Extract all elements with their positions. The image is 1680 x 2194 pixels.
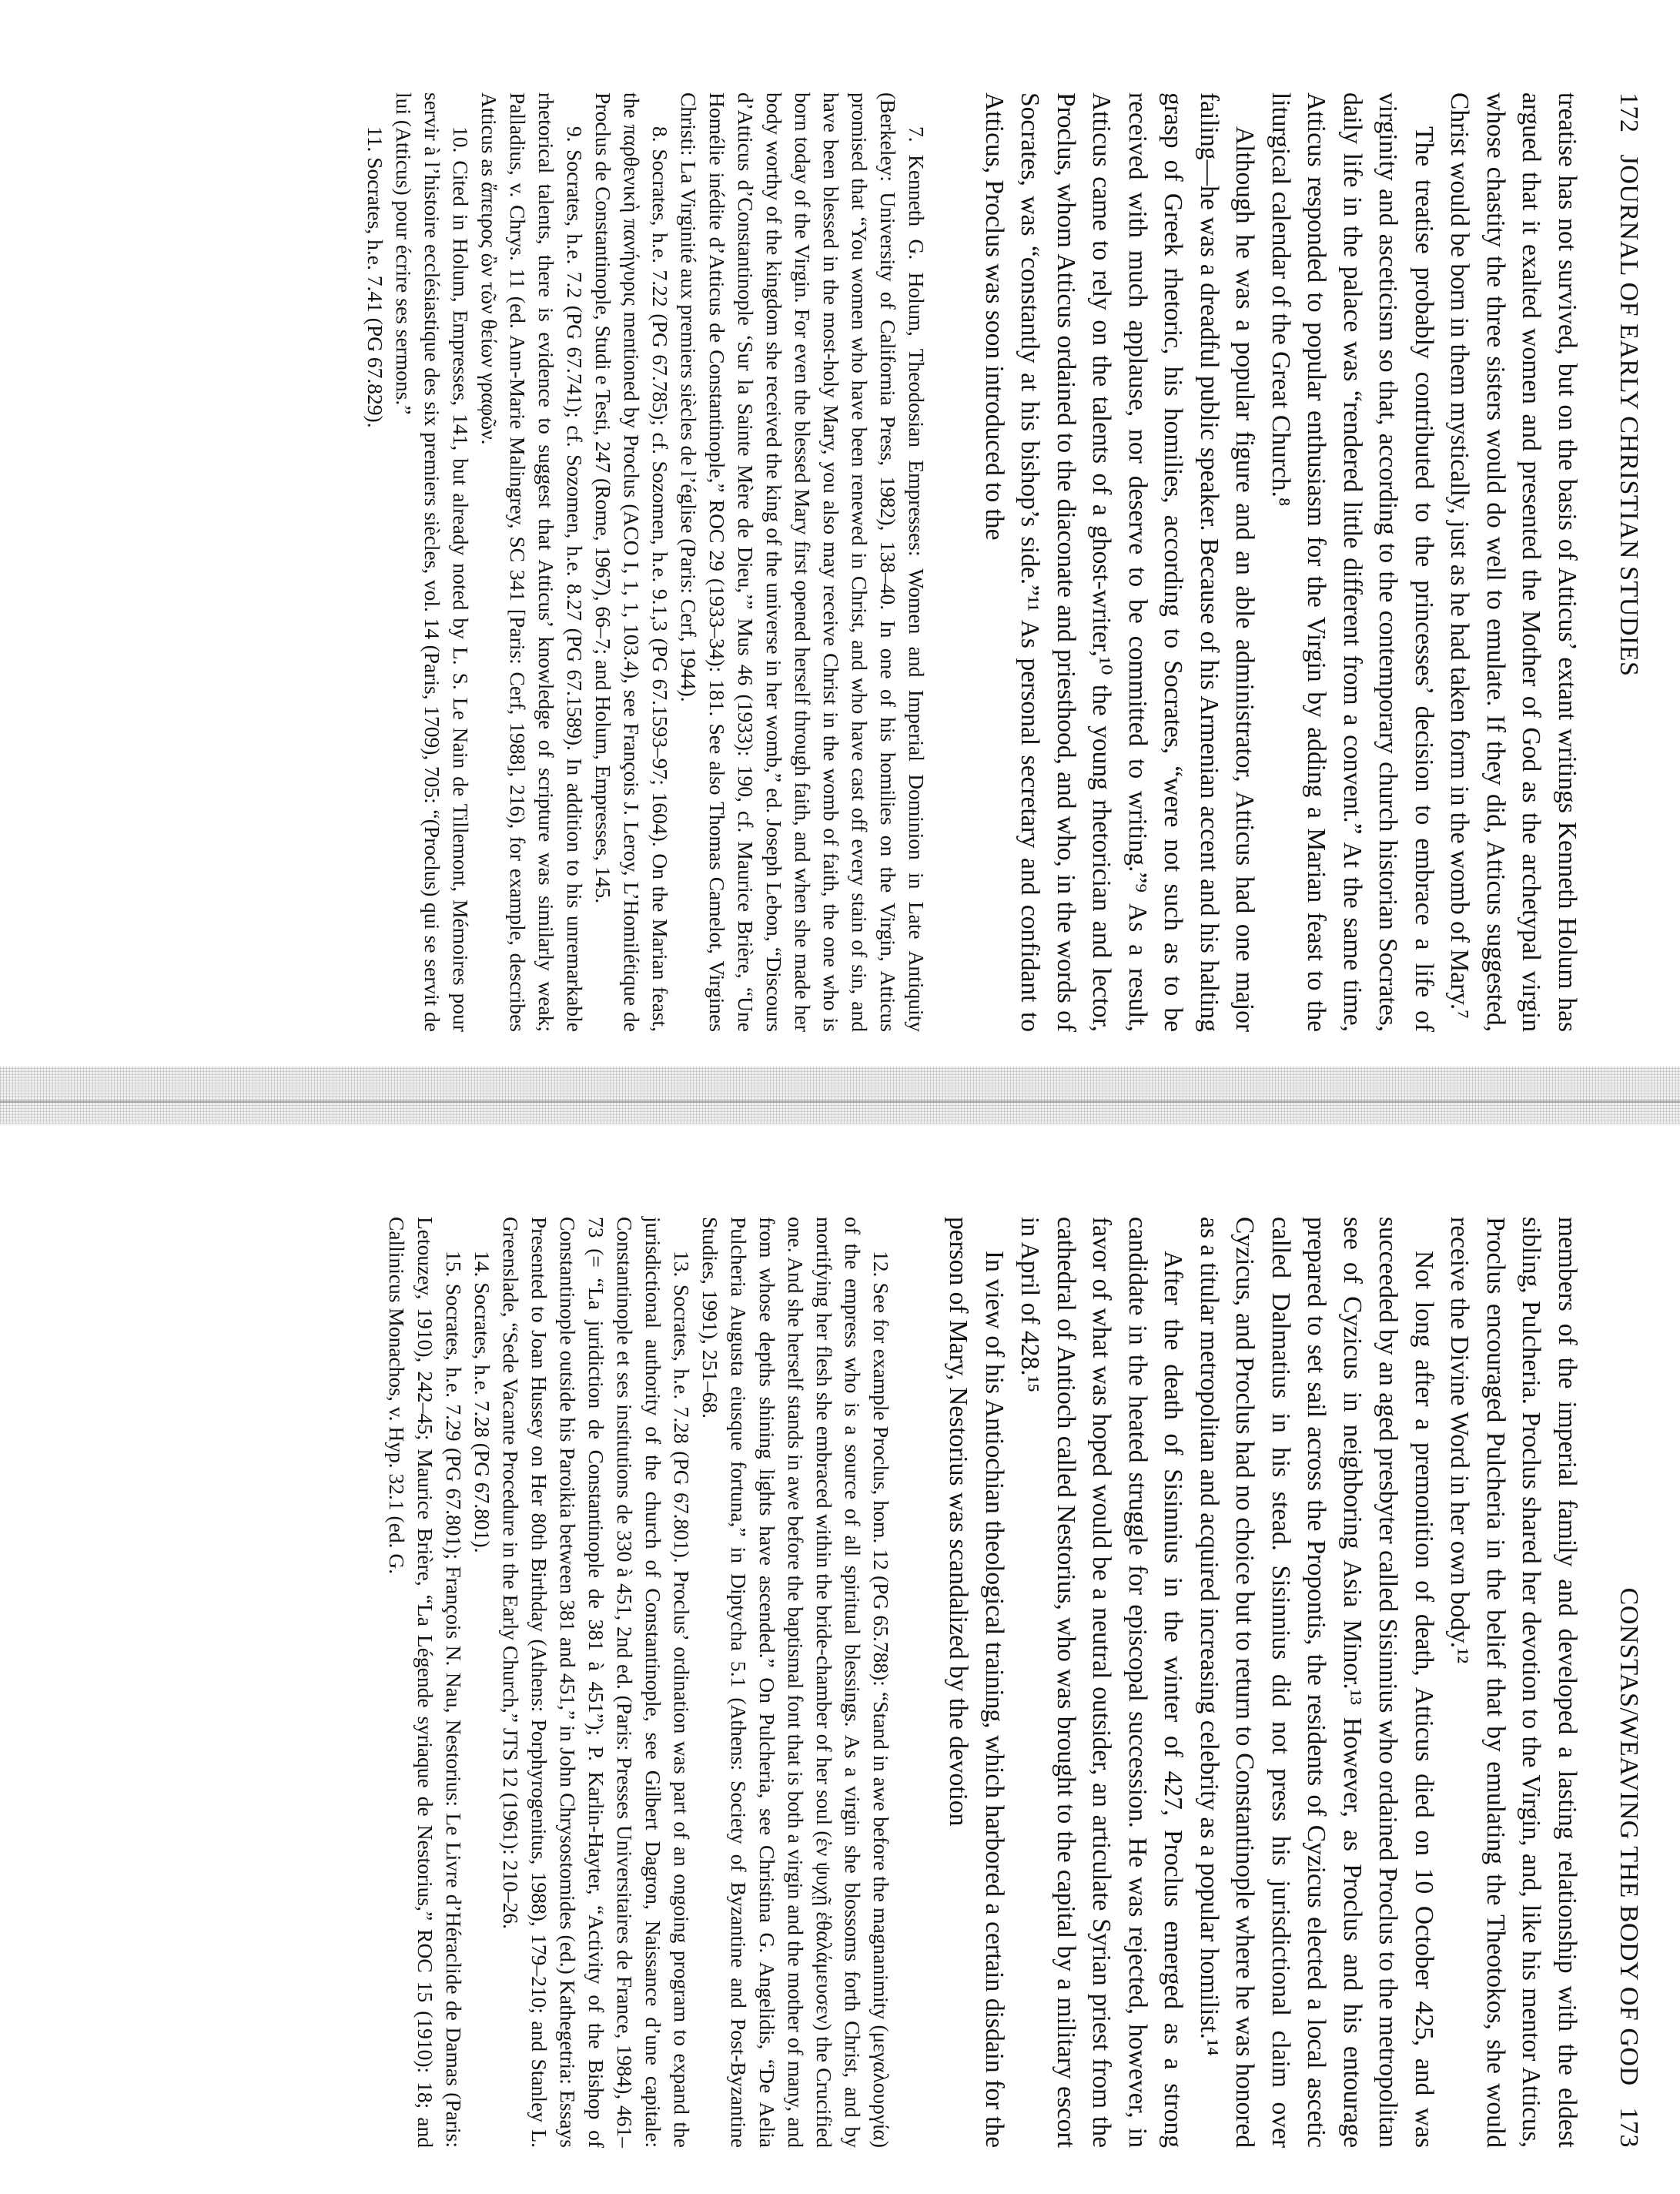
paragraph: members of the imperial family and devel…: [1441, 1217, 1585, 2148]
paragraph: After the death of Sisinnius in the wint…: [1012, 1217, 1191, 2148]
paragraph: Although he was a popular figure and an …: [976, 92, 1263, 1032]
journal-title: JOURNAL OF EARLY CHRISTIAN STUDIES: [1614, 155, 1643, 677]
paragraph: treatise has not survived, but on the ba…: [1441, 92, 1585, 1032]
page-number: 172: [1614, 92, 1643, 133]
footnotes: 12. See for example Proclus, hom. 12 (PG…: [383, 1217, 895, 2148]
footnote: 15. Socrates, h.e. 7.29 (PG 67.801); Fra…: [383, 1217, 468, 2148]
article-title: CONSTAS/WEAVING THE BODY OF GOD: [1614, 1588, 1643, 2086]
paragraph: In view of his Antiochian theological tr…: [940, 1217, 1012, 2148]
footnote: 13. Socrates, h.e. 7.28 (PG 67.801). Pro…: [497, 1217, 696, 2148]
paragraph: The treatise probably contributed to the…: [1263, 92, 1442, 1032]
footnote: 10. Cited in Holum, Empresses, 141, but …: [390, 92, 476, 1032]
page-number: 173: [1614, 2108, 1643, 2149]
paragraph: Not long after a premonition of death, A…: [1191, 1217, 1442, 2148]
footnote: 7. Kenneth G. Holum, Theodosian Empresse…: [675, 92, 932, 1032]
body-text: members of the imperial family and devel…: [940, 1217, 1585, 2148]
footnote: 14. Socrates, h.e. 7.28 (PG 67.801).: [468, 1217, 497, 2148]
footnotes: 7. Kenneth G. Holum, Theodosian Empresse…: [362, 92, 932, 1032]
running-head-left: 172 JOURNAL OF EARLY CHRISTIAN STUDIES: [1614, 92, 1643, 1032]
footnote: 11. Socrates, h.e. 7.41 (PG 67.829).: [362, 92, 390, 1032]
right-page: CONSTAS/WEAVING THE BODY OF GOD 173 memb…: [0, 1124, 1680, 2194]
footnote: 8. Socrates, h.e. 7.22 (PG 67.785); cf. …: [590, 92, 675, 1032]
footnote: 9. Socrates, h.e. 7.2 (PG 67.741); cf. S…: [476, 92, 590, 1032]
body-text: treatise has not survived, but on the ba…: [976, 92, 1585, 1032]
footnote: 12. See for example Proclus, hom. 12 (PG…: [696, 1217, 895, 2148]
running-head-right: CONSTAS/WEAVING THE BODY OF GOD 173: [1614, 1217, 1643, 2148]
left-page: 172 JOURNAL OF EARLY CHRISTIAN STUDIES t…: [0, 0, 1680, 1078]
